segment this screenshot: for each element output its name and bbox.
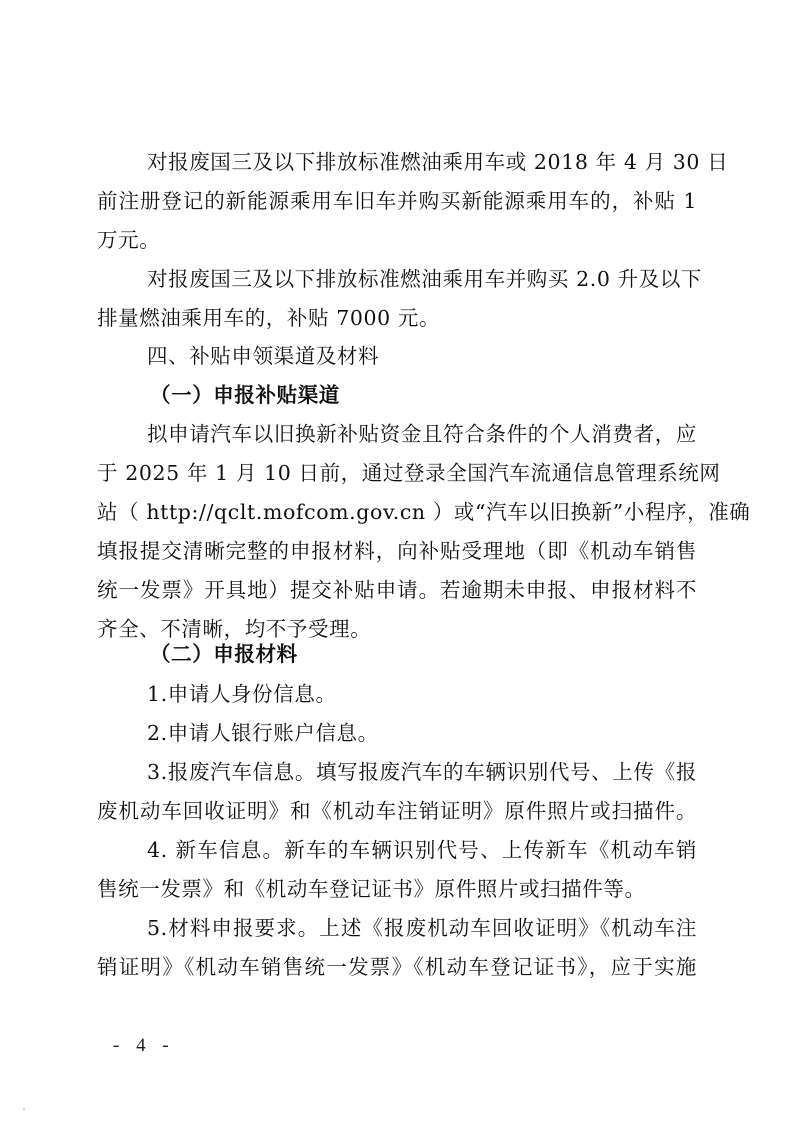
- paragraph-line-url: 站（ http://qclt.mofcom.gov.cn ）或“汽车以旧换新”小…: [97, 498, 697, 526]
- paragraph-line: 对报废国三及以下排放标准燃油乘用车或 2018 年 4 月 30 日: [147, 148, 697, 176]
- list-item: 4. 新车信息。新车的车辆识别代号、上传新车《机动车销: [147, 836, 697, 864]
- paragraph-line: 万元。: [97, 226, 697, 254]
- paragraph-line: 前注册登记的新能源乘用车旧车并购买新能源乘用车的，补贴 1: [97, 187, 697, 215]
- list-item-continuation: 销证明》《机动车销售统一发票》《机动车登记证书》，应于实施: [97, 953, 697, 981]
- list-item-continuation: 售统一发票》和《机动车登记证书》原件照片或扫描件等。: [97, 875, 697, 903]
- paragraph-line: 拟申请汽车以旧换新补贴资金且符合条件的个人消费者，应: [147, 420, 697, 448]
- paragraph-line: 填报提交清晰完整的申报材料，向补贴受理地（即《机动车销售: [97, 537, 697, 565]
- scan-artifact: [23, 1108, 25, 1110]
- section-heading: 四、补贴申领渠道及材料: [147, 342, 697, 370]
- paragraph-line: 对报废国三及以下排放标准燃油乘用车并购买 2.0 升及以下: [147, 265, 697, 293]
- list-item: 2.申请人银行账户信息。: [147, 719, 697, 747]
- list-item-continuation: 废机动车回收证明》和《机动车注销证明》原件照片或扫描件。: [97, 797, 697, 825]
- paragraph-line: 排量燃油乘用车的，补贴 7000 元。: [97, 304, 697, 332]
- page-number: - 4 -: [113, 1035, 175, 1057]
- paragraph-line: 于 2025 年 1 月 10 日前，通过登录全国汽车流通信息管理系统网: [97, 459, 697, 487]
- subsection-heading-materials: （二）申报材料: [150, 640, 750, 668]
- list-item: 3.报废汽车信息。填写报废汽车的车辆识别代号、上传《报: [147, 758, 697, 786]
- list-item: 5.材料申报要求。上述《报废机动车回收证明》《机动车注: [147, 914, 697, 942]
- document-page: 对报废国三及以下排放标准燃油乘用车或 2018 年 4 月 30 日 前注册登记…: [0, 0, 793, 1122]
- list-item: 1.申请人身份信息。: [147, 680, 697, 708]
- subsection-heading-channels: （一）申报补贴渠道: [150, 381, 750, 409]
- paragraph-line: 统一发票》开具地）提交补贴申请。若逾期未申报、申报材料不: [97, 576, 697, 604]
- paragraph-line: 齐全、不清晰，均不予受理。: [97, 615, 697, 643]
